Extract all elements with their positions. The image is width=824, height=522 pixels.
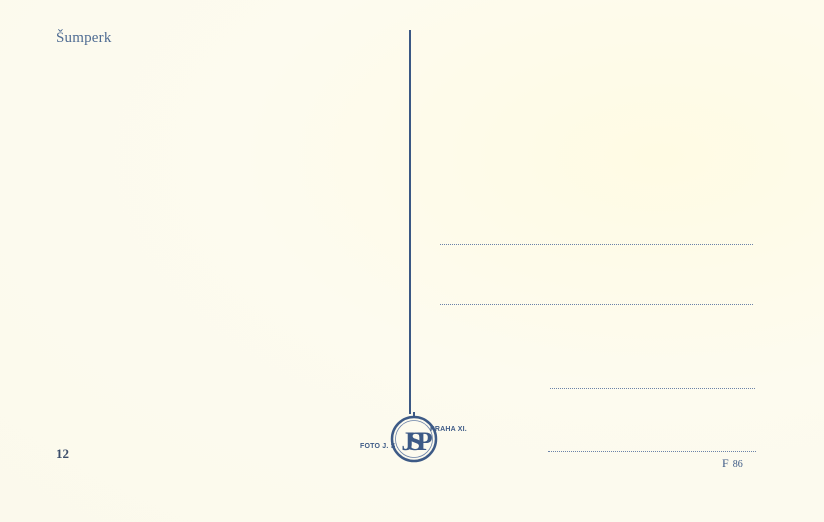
- postcard-back: Šumperk 12 F86 FOTO J. SVĚC JSP PRAHA XI…: [0, 0, 824, 522]
- publisher-city: PRAHA XI.: [430, 426, 467, 433]
- address-line-1: [440, 244, 753, 245]
- address-line-3: [550, 388, 755, 389]
- series-letter: F: [722, 456, 729, 470]
- series-number: 86: [733, 459, 743, 470]
- center-divider-line: [409, 30, 411, 414]
- place-name: Šumperk: [56, 30, 112, 47]
- publisher-logo-icon: JSP: [388, 412, 440, 464]
- address-line-4: [548, 451, 756, 452]
- address-line-2: [440, 304, 753, 305]
- card-number: 12: [56, 446, 69, 462]
- series-code: F86: [722, 456, 743, 471]
